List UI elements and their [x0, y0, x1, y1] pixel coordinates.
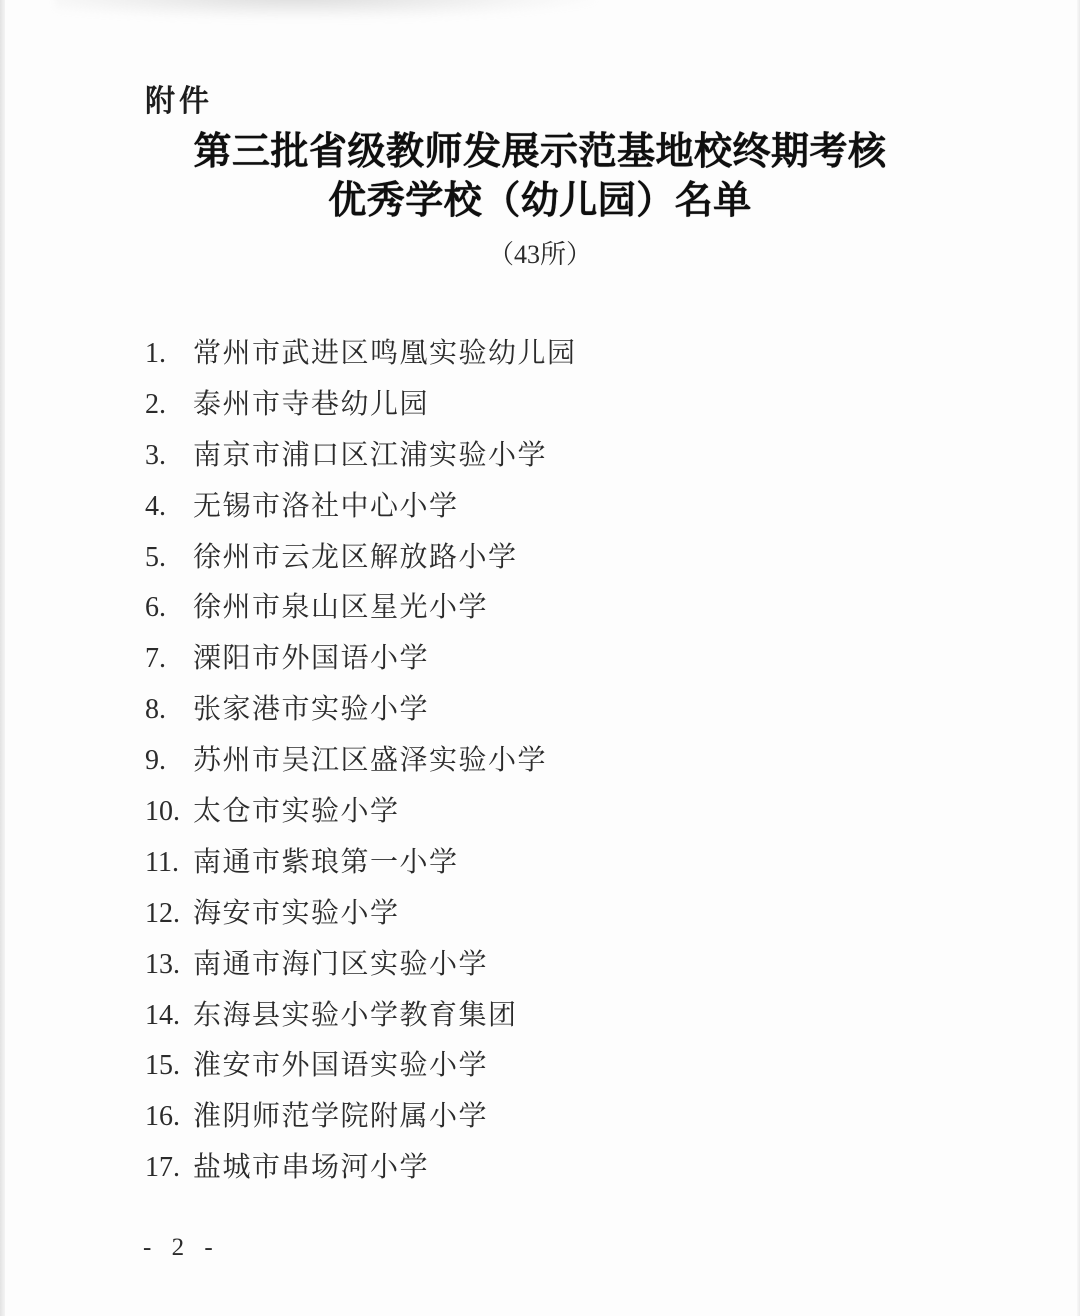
- list-item: 13. 南通市海门区实验小学: [145, 949, 945, 1000]
- school-name: 徐州市泉山区星光小学: [193, 592, 488, 624]
- school-name: 南京市浦口区江浦实验小学: [193, 440, 547, 472]
- school-name: 张家港市实验小学: [193, 694, 429, 726]
- school-name: 太仓市实验小学: [193, 796, 400, 828]
- item-number: 10.: [145, 796, 193, 828]
- school-name: 南通市紫琅第一小学: [193, 847, 459, 879]
- item-number: 4.: [145, 491, 193, 523]
- list-item: 12. 海安市实验小学: [145, 898, 945, 949]
- item-number: 2.: [145, 389, 193, 421]
- list-item: 4. 无锡市洛社中心小学: [145, 491, 945, 542]
- list-item: 6. 徐州市泉山区星光小学: [145, 592, 945, 643]
- school-name: 常州市武进区鸣凰实验幼儿园: [193, 338, 577, 370]
- school-name: 泰州市寺巷幼儿园: [193, 389, 429, 421]
- school-name: 盐城市串场河小学: [193, 1152, 429, 1184]
- item-number: 17.: [145, 1152, 193, 1184]
- list-item: 9. 苏州市吴江区盛泽实验小学: [145, 745, 945, 796]
- list-item: 8. 张家港市实验小学: [145, 694, 945, 745]
- school-name: 溧阳市外国语小学: [193, 643, 429, 675]
- school-name: 东海县实验小学教育集团: [193, 1000, 518, 1032]
- item-number: 12.: [145, 898, 193, 930]
- item-number: 14.: [145, 1000, 193, 1032]
- item-number: 8.: [145, 694, 193, 726]
- list-item: 17. 盐城市串场河小学: [145, 1152, 945, 1203]
- item-number: 16.: [145, 1101, 193, 1133]
- list-item: 1. 常州市武进区鸣凰实验幼儿园: [145, 338, 945, 389]
- list-item: 3. 南京市浦口区江浦实验小学: [145, 440, 945, 491]
- attachment-label: 附件: [145, 76, 213, 120]
- school-name: 淮安市外国语实验小学: [193, 1050, 488, 1082]
- school-name: 苏州市吴江区盛泽实验小学: [193, 745, 547, 777]
- item-number: 9.: [145, 745, 193, 777]
- list-item: 14. 东海县实验小学教育集团: [145, 1000, 945, 1051]
- item-number: 13.: [145, 949, 193, 981]
- list-item: 2. 泰州市寺巷幼儿园: [145, 389, 945, 440]
- list-item: 10. 太仓市实验小学: [145, 796, 945, 847]
- item-number: 5.: [145, 542, 193, 574]
- list-item: 15. 淮安市外国语实验小学: [145, 1050, 945, 1101]
- school-list: 1. 常州市武进区鸣凰实验幼儿园 2. 泰州市寺巷幼儿园 3. 南京市浦口区江浦…: [145, 338, 945, 1203]
- list-item: 11. 南通市紫琅第一小学: [145, 847, 945, 898]
- document-title-line2: 优秀学校（幼儿园）名单: [0, 177, 1080, 226]
- item-number: 1.: [145, 338, 193, 370]
- school-name: 无锡市洛社中心小学: [193, 491, 459, 523]
- list-item: 7. 溧阳市外国语小学: [145, 643, 945, 694]
- school-name: 徐州市云龙区解放路小学: [193, 542, 518, 574]
- item-number: 11.: [145, 847, 193, 879]
- item-number: 7.: [145, 643, 193, 675]
- school-name: 淮阴师范学院附属小学: [193, 1101, 488, 1133]
- list-item: 5. 徐州市云龙区解放路小学: [145, 542, 945, 593]
- school-count-note: （43所）: [0, 234, 1080, 271]
- item-number: 6.: [145, 592, 193, 624]
- document-title: 第三批省级教师发展示范基地校终期考核 优秀学校（幼儿园）名单: [0, 128, 1080, 226]
- page-number: - 2 -: [143, 1234, 220, 1262]
- item-number: 3.: [145, 440, 193, 472]
- school-name: 南通市海门区实验小学: [193, 949, 488, 981]
- item-number: 15.: [145, 1050, 193, 1082]
- scan-smudge-top: [55, 0, 595, 20]
- document-page: 附件 第三批省级教师发展示范基地校终期考核 优秀学校（幼儿园）名单 （43所） …: [0, 0, 1080, 1316]
- document-title-line1: 第三批省级教师发展示范基地校终期考核: [0, 128, 1080, 177]
- list-item: 16. 淮阴师范学院附属小学: [145, 1101, 945, 1152]
- school-name: 海安市实验小学: [193, 898, 400, 930]
